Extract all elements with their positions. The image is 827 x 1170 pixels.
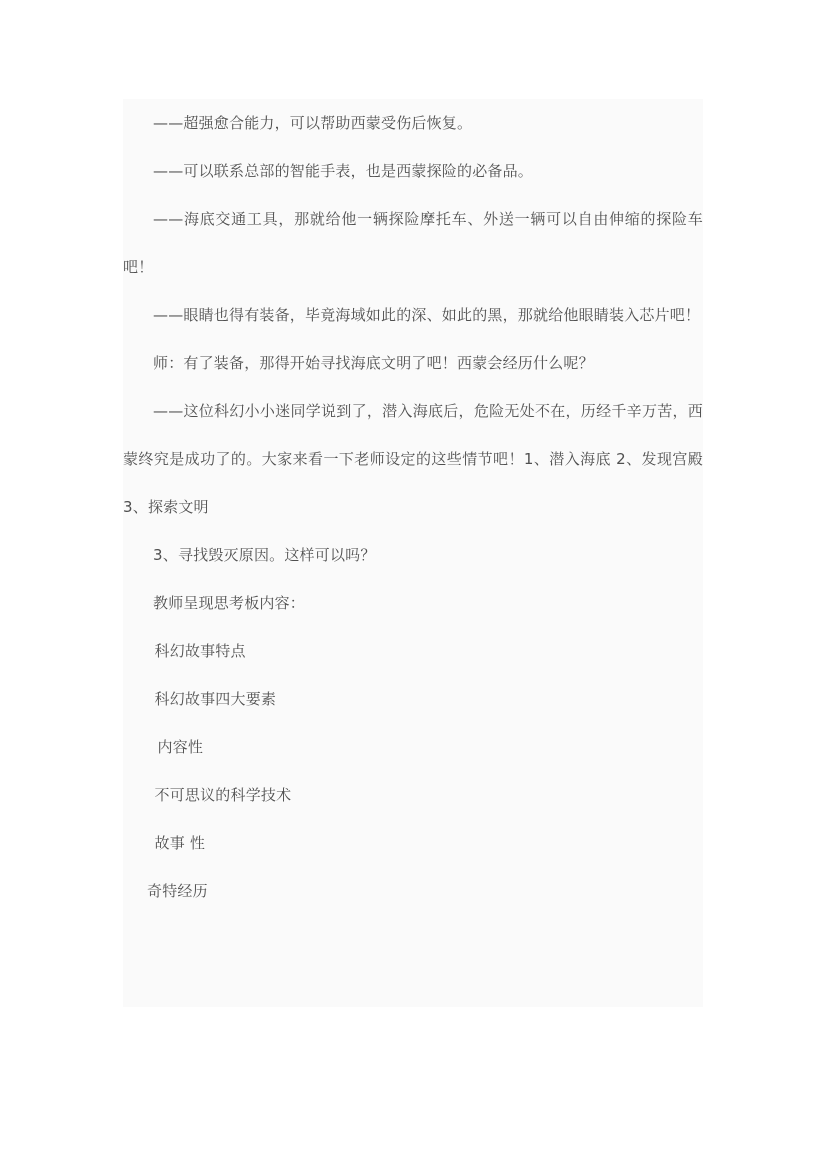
paragraph-scifi-features: 科幻故事特点 [123,627,703,675]
paragraph-thinking-board-intro: 教师呈现思考板内容： [123,579,703,627]
paragraph-plot-summary: ——这位科幻小小迷同学说到了，潜入海底后，危险无处不在，历经千辛万苦，西蒙终究是… [123,387,703,531]
paragraph-scifi-four-elements: 科幻故事四大要素 [123,675,703,723]
document-viewport: ——超强愈合能力，可以帮助西蒙受伤后恢复。 ——可以联系总部的智能手表，也是西蒙… [0,0,827,1170]
paragraph-incredible-technology: 不可思议的科学技术 [123,771,703,819]
paragraph-strange-experience: 奇特经历 [123,867,703,915]
paragraph-equipment-healing: ——超强愈合能力，可以帮助西蒙受伤后恢复。 [123,99,703,147]
paragraph-equipment-eyes: ——眼睛也得有装备，毕竟海域如此的深、如此的黑，那就给他眼睛装入芯片吧！ [123,291,703,339]
paragraph-content-quality: 内容性 [123,723,703,771]
paragraph-equipment-vehicle: ——海底交通工具，那就给他一辆探险摩托车、外送一辆可以自由伸缩的探险车吧！ [123,195,703,291]
paragraph-equipment-smartwatch: ——可以联系总部的智能手表，也是西蒙探险的必备品。 [123,147,703,195]
paragraph-plot-item-3: 3、寻找毁灭原因。这样可以吗？ [123,531,703,579]
paragraph-teacher-question: 师：有了装备，那得开始寻找海底文明了吧！西蒙会经历什么呢？ [123,339,703,387]
paragraph-story-quality: 故事 性 [123,819,703,867]
document-page: ——超强愈合能力，可以帮助西蒙受伤后恢复。 ——可以联系总部的智能手表，也是西蒙… [123,99,703,1007]
